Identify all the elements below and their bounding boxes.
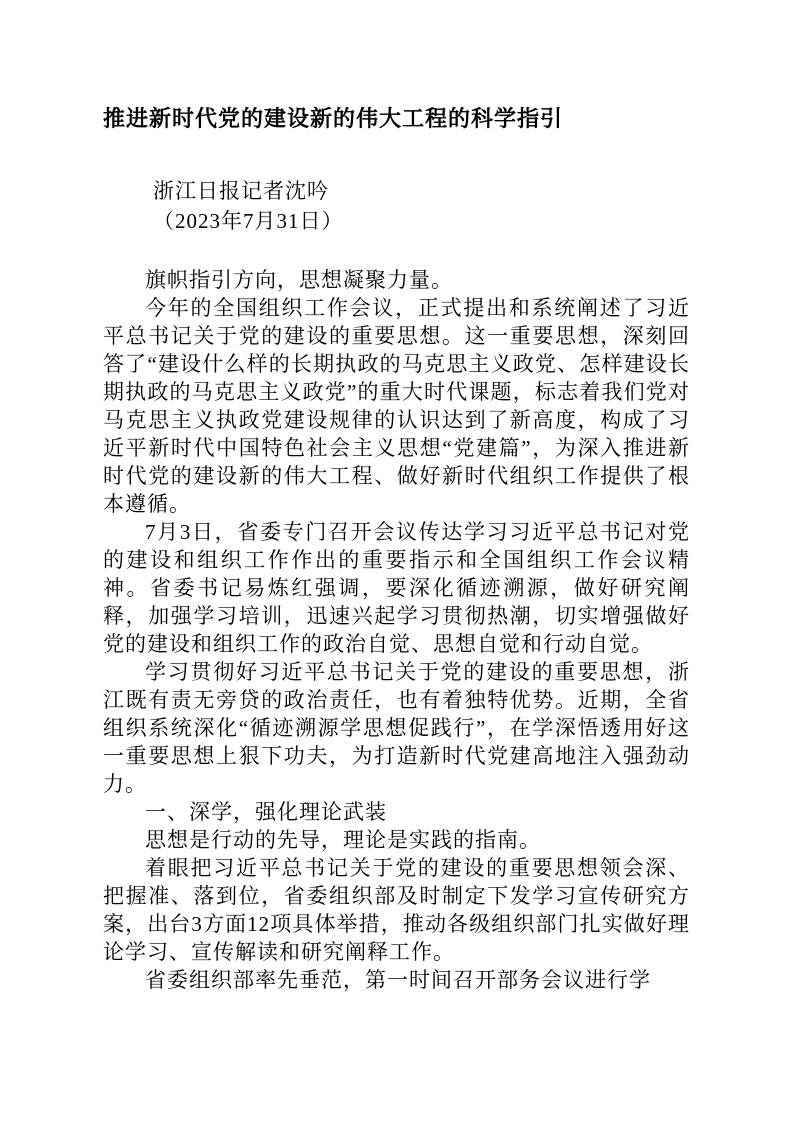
paragraph: 省委组织部率先垂范，第一时间召开部务会议进行学 [103,966,690,994]
article-title: 推进新时代党的建设新的伟大工程的科学指引 [103,104,690,134]
article-body: 旗帜指引方向，思想凝聚力量。 今年的全国组织工作会议，正式提出和系统阐述了习近平… [103,266,690,994]
document-page: 推进新时代党的建设新的伟大工程的科学指引 浙江日报记者沈吟 （2023年7月31… [0,0,794,1123]
article-byline: 浙江日报记者沈吟 [103,176,690,206]
paragraph: 旗帜指引方向，思想凝聚力量。 [103,266,690,294]
paragraph: 一、深学，强化理论武装 [103,798,690,826]
paragraph: 学习贯彻好习近平总书记关于党的建设的重要思想，浙江既有责无旁贷的政治责任，也有着… [103,658,690,798]
paragraph: 7月3日，省委专门召开会议传达学习习近平总书记对党的建设和组织工作作出的重要指示… [103,518,690,658]
article-meta: 浙江日报记者沈吟 （2023年7月31日） [103,176,690,236]
paragraph: 今年的全国组织工作会议，正式提出和系统阐述了习近平总书记关于党的建设的重要思想。… [103,294,690,518]
paragraph: 着眼把习近平总书记关于党的建设的重要思想领会深、把握准、落到位，省委组织部及时制… [103,854,690,966]
article-dateline: （2023年7月31日） [103,206,690,236]
paragraph: 思想是行动的先导，理论是实践的指南。 [103,826,690,854]
